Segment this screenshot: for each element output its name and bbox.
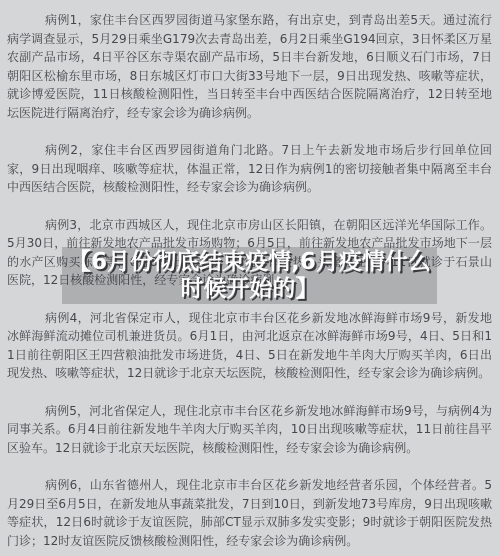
case-paragraph-1: 病例1，家住丰台区西罗园街道马家堡东路，有出京史，到青岛出差5天。通过流行病学调… [7, 11, 492, 122]
watermark-text: 【6月份彻底结束疫情,6月疫情什么时候开始的】 [62, 249, 437, 303]
case-paragraph-6: 病例6，山东省德州人，现住北京市丰台区花乡新发地经营者乐园，个体经营者。5月29… [7, 476, 492, 550]
watermark-band: 【6月份彻底结束疫情,6月疫情什么时候开始的】 [62, 247, 437, 304]
case-paragraph-5: 病例5，河北省保定人，现住北京市丰台区花乡新发地冰鲜海鲜市场9号，与病例4为同事… [7, 402, 492, 458]
case-paragraph-2: 病例2，家住丰台区西罗园街道角门北路。7日上午去新发地市场后步行回单位回家，9日… [7, 141, 492, 197]
article-page: 病例1，家住丰台区西罗园街道马家堡东路，有出京史，到青岛出差5天。通过流行病学调… [0, 0, 500, 556]
case-paragraph-4: 病例4，河北省保定市人，现住北京市丰台区花乡新发地冰鲜海鲜市场9号，新发地冰鲜海… [7, 309, 492, 383]
